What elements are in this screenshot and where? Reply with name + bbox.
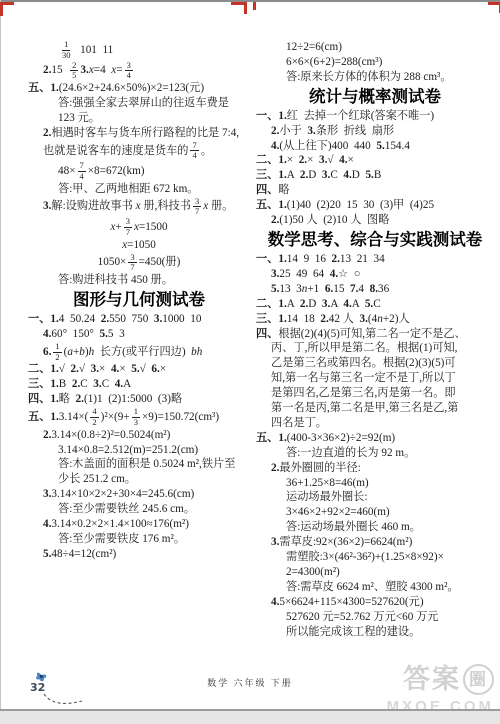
answer-line: 第一名是丙,第二名是甲,第三名是乙,第 bbox=[256, 401, 494, 416]
watermark-brand: 答案 圈 bbox=[387, 664, 494, 695]
answer-line: 三、1.B 2.C 3.C 4.A bbox=[28, 377, 250, 392]
answer-line: 2.15 25 3.x=4 x=34 bbox=[28, 61, 250, 82]
answer-line: 知,第一名与第三名一定不是丁,所以丁 bbox=[256, 371, 494, 386]
answer-line: 四、根据(2)(4)(5)可知,第二名一定不是乙、 bbox=[256, 327, 494, 342]
fraction: 42 bbox=[90, 407, 98, 428]
column-right: 12÷2=6(cm)6×6×(6+2)=288(cm³)答:原来长方体的体积为 … bbox=[256, 40, 494, 640]
fraction: 37 bbox=[128, 253, 136, 274]
answer-line: 2.最外圈圆的半径: bbox=[256, 461, 494, 476]
answer-line: 6.12(a+b)h 长方(或平行四边) bh bbox=[28, 342, 250, 363]
answer-line: 123 元。 bbox=[28, 111, 250, 126]
answer-line: 答:运动场最外圈长 460 m。 bbox=[256, 520, 494, 535]
answer-line: 五、1.3.14×(42)²×(9+13×9)=150.72(cm³) bbox=[28, 407, 250, 428]
answer-line: 乙是第三名或第四名。根据(2)(3)(5)可 bbox=[256, 356, 494, 371]
fraction: 34 bbox=[125, 61, 133, 82]
answer-line: 答:原来长方体的体积为 288 cm³。 bbox=[256, 70, 494, 85]
fraction: 37 bbox=[193, 197, 201, 218]
answer-line: 2=4300(m²) bbox=[256, 565, 494, 580]
section-header: 数学思考、综合与实践测试卷 bbox=[256, 230, 494, 251]
answer-line: 答:需草皮 6624 m²、塑胶 4300 m²。 bbox=[256, 580, 494, 595]
red-frame-fragment bbox=[253, 2, 256, 10]
answer-line: 2.相遇时客车与货车所行路程的比是 7:4, bbox=[28, 126, 250, 141]
answer-line: 答:强强全家去翠屏山的往返车费是 bbox=[28, 96, 250, 111]
fraction: 25 bbox=[70, 61, 78, 82]
answer-line: 所以能完成该工程的建设。 bbox=[256, 625, 494, 640]
answer-line: 12÷2=6(cm) bbox=[256, 40, 494, 55]
answer-line: 二、1.√ 2.√ 3.× 4.× 5.√ 6.× bbox=[28, 362, 250, 377]
answer-line: 48×74×8=672(km) bbox=[28, 161, 250, 182]
answer-line: 2.(1)50 人 (2)10 人 图略 bbox=[256, 213, 494, 228]
answer-line: 答:一边直道的长为 92 m。 bbox=[256, 446, 494, 461]
fraction: 74 bbox=[78, 161, 86, 182]
answer-line: 6×6×(6+2)=288(cm³) bbox=[256, 55, 494, 70]
scan-left-edge bbox=[0, 0, 1, 710]
answer-line: 4.3.14×0.2×2×1.4×100≈176(m²) bbox=[28, 517, 250, 532]
answer-line: 是第四名,乙是第三名,丙是第一名。即 bbox=[256, 386, 494, 401]
answer-line: 需塑胶:3×(46²-36²)+(1.25×8×92)× bbox=[256, 550, 494, 565]
answer-line: 丙、丁,所以甲是第二名。根据(1)可知, bbox=[256, 341, 494, 356]
answer-line: 3.14×0.8=2.512(m)=251.2(cm) bbox=[28, 443, 250, 458]
answer-line: 答:至少需要铁丝 245.6 cm。 bbox=[28, 502, 250, 517]
answer-line: 答:甲、乙两地相距 672 km。 bbox=[28, 182, 250, 197]
column-left: 130 101 112.15 25 3.x=4 x=34五、1.(24.6×2+… bbox=[28, 40, 250, 640]
answer-line: 四、略 bbox=[256, 183, 494, 198]
fraction: 12 bbox=[53, 342, 61, 363]
answer-line: x+37x=1500 bbox=[28, 217, 250, 238]
section-header: 图形与几何测试卷 bbox=[28, 290, 250, 311]
red-frame-fragment bbox=[488, 2, 500, 13]
answer-line: 答:木盖面的面积是 0.5024 m²,铁片至 bbox=[28, 457, 250, 472]
answer-line: 五、1.(400-3×36×2)÷2=92(m) bbox=[256, 431, 494, 446]
scan-bottom-strip bbox=[0, 711, 500, 724]
answer-content: 130 101 112.15 25 3.x=4 x=34五、1.(24.6×2+… bbox=[28, 40, 494, 640]
answer-line: 1050×37=450(册) bbox=[28, 253, 250, 274]
red-frame-fragment bbox=[231, 2, 247, 14]
answer-line: 五、1.(1)40 (2)20 15 30 (3)甲 (4)25 bbox=[256, 198, 494, 213]
fraction: 130 bbox=[60, 40, 73, 61]
answer-line: 4.5×6624+115×4300=527620(元) bbox=[256, 595, 494, 610]
answer-line: 2.小于 3.条形 折线 扇形 bbox=[256, 124, 494, 139]
answer-line: 130 101 11 bbox=[28, 40, 250, 61]
fraction: 74 bbox=[190, 141, 198, 162]
answer-line: 3.25 49 64 4.☆ ○ bbox=[256, 267, 494, 282]
answer-line: 5.13 3n+1 6.15 7.4 8.36 bbox=[256, 282, 494, 297]
answer-line: 3.3.14×10×2×2+30×4=245.6(cm) bbox=[28, 487, 250, 502]
answer-line: 三、1.A 2.D 3.C 4.D 5.B bbox=[256, 168, 494, 183]
answer-line: 5.48÷4=12(cm²) bbox=[28, 547, 250, 562]
answer-line: 答:购进科技书 450 册。 bbox=[28, 273, 250, 288]
answer-line: x=1050 bbox=[28, 238, 250, 253]
answer-line: 527620 元=52.762 万元<60 万元 bbox=[256, 610, 494, 625]
watermark: 答案 圈 MXQE.COM bbox=[387, 664, 494, 714]
answer-line: 运动场最外圈长: bbox=[256, 490, 494, 505]
answer-line: 4.60° 150° 5.5 3 bbox=[28, 327, 250, 342]
answer-line: 2.3.14×(0.8÷2)²=0.5024(m²) bbox=[28, 428, 250, 443]
answer-line: 五、1.(24.6×2+24.6×50%)×2=123(元) bbox=[28, 81, 250, 96]
answer-line: 少长 251.2 cm。 bbox=[28, 472, 250, 487]
answer-line: 一、1.14 9 16 2.13 21 34 bbox=[256, 252, 494, 267]
answer-line: 3×46×2+92×2=460(m) bbox=[256, 505, 494, 520]
answer-line: 答:至少需要铁皮 176 m²。 bbox=[28, 532, 250, 547]
watermark-circle-badge: 圈 bbox=[463, 664, 494, 695]
fraction: 37 bbox=[124, 217, 132, 238]
section-header: 统计与概率测试卷 bbox=[256, 87, 494, 108]
red-frame-fragment bbox=[0, 2, 14, 16]
answer-line: 36+1.25×8=46(m) bbox=[256, 476, 494, 491]
answer-line: 3.解:设购进故事书 x 册,科技书37x 册。 bbox=[28, 197, 250, 218]
fraction: 13 bbox=[132, 407, 140, 428]
scan-top-edge bbox=[0, 0, 500, 2]
answer-line: 四名是丁。 bbox=[256, 416, 494, 431]
answer-line: 四、1.略 2.(1)1 (2)1:5000 (3)略 bbox=[28, 392, 250, 407]
answer-line: 也就是说客车的速度是货车的74。 bbox=[28, 141, 250, 162]
page-number-group: 32 bbox=[28, 670, 98, 710]
answer-line: 三、1.14 18 2.42 人 3.(4n+2)人 bbox=[256, 312, 494, 327]
answer-line: 一、1.4 50.24 2.550 750 3.1000 10 bbox=[28, 312, 250, 327]
answer-line: 3.需草皮:92×(36×2)=6624(m²) bbox=[256, 535, 494, 550]
answer-line: 二、1.× 2.× 3.√ 4.× bbox=[256, 153, 494, 168]
answer-line: 二、1.A 2.D 3.A 4.A 5.C bbox=[256, 297, 494, 312]
answer-line: 一、1.红 去掉一个红球(答案不唯一) bbox=[256, 109, 494, 124]
book-label: 数学 六年级 下册 bbox=[207, 676, 293, 689]
watermark-brand-text: 答案 bbox=[403, 666, 461, 693]
answer-line: 4.(从上往下)400 440 5.154.4 bbox=[256, 139, 494, 154]
